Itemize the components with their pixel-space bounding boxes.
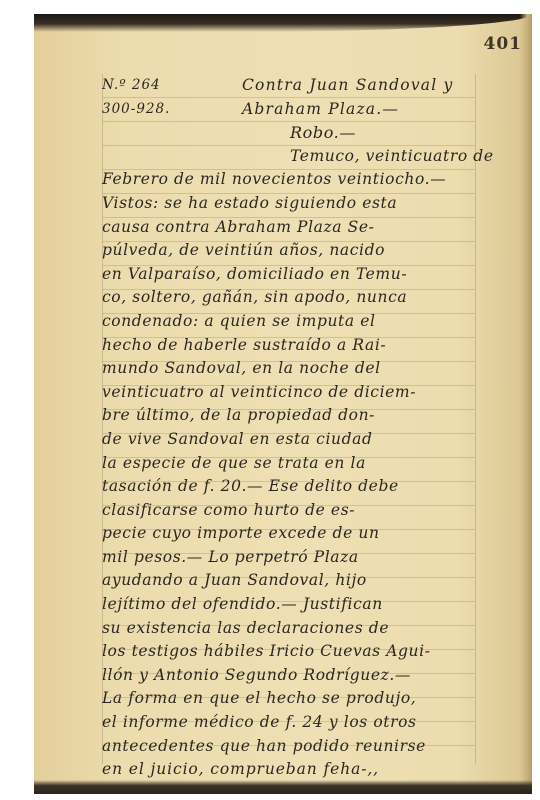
body-line: el informe médico de f. 24 y los otros <box>102 711 502 735</box>
body-line: La forma en que el hecho se produjo, <box>102 687 502 711</box>
header-row-1: N.º 264 Contra Juan Sandoval y <box>102 74 502 98</box>
body-line: mil pesos.— Lo perpetró Plaza <box>102 546 502 570</box>
binding-shadow-bottom <box>34 780 532 794</box>
body-line: lejítimo del ofendido.— Justifican <box>102 593 502 617</box>
reference-number: 300-928. <box>102 98 170 122</box>
page-number: 401 <box>484 34 523 54</box>
body-line: veinticuatro al veinticinco de diciem- <box>102 381 502 405</box>
binding-shadow-top <box>34 14 532 32</box>
header-row-2: 300-928. Abraham Plaza.— <box>102 98 502 122</box>
body-line: en Valparaíso, domiciliado en Temu- <box>102 263 502 287</box>
body-line: tasación de f. 20.— Ese delito debe <box>102 475 502 499</box>
body-line: llón y Antonio Segundo Rodríguez.— <box>102 664 502 688</box>
body-line: bre último, de la propiedad don- <box>102 404 502 428</box>
body-line: hecho de haberle sustraído a Rai- <box>102 334 502 358</box>
body-line: púlveda, de veintiún años, nacido <box>102 239 502 263</box>
page-edge-right <box>520 14 532 794</box>
body-line: la especie de que se trata en la <box>102 452 502 476</box>
body-line: los testigos hábiles Iricio Cuevas Agui- <box>102 640 502 664</box>
body-line: ayudando a Juan Sandoval, hijo <box>102 569 502 593</box>
body-line: antecedentes que han podido reunirse <box>102 735 502 759</box>
body-line: co, soltero, gañán, sin apodo, nunca <box>102 286 502 310</box>
body-line: Vistos: se ha estado siguiendo esta <box>102 192 502 216</box>
body-line: clasificarse como hurto de es- <box>102 499 502 523</box>
body-line: Temuco, veinticuatro de <box>102 145 502 169</box>
body-line: de vive Sandoval en esta ciudad <box>102 428 502 452</box>
body-line: causa contra Abraham Plaza Se- <box>102 216 502 240</box>
body-line: pecie cuyo importe excede de un <box>102 522 502 546</box>
case-number: N.º 264 <box>102 74 161 98</box>
case-title-line-2: Abraham Plaza.— <box>242 98 399 122</box>
body-line: mundo Sandoval, en la noche del <box>102 357 502 381</box>
body-line: en el juicio, comprueban feha-,, <box>102 758 502 782</box>
case-subject: Robo.— <box>102 121 502 145</box>
ledger-page-scan: 401 N.º 264 Contra Juan Sandoval y 300-9… <box>34 14 532 794</box>
body-line: condenado: a quien se imputa el <box>102 310 502 334</box>
body-line: su existencia las declaraciones de <box>102 617 502 641</box>
handwritten-text-block: N.º 264 Contra Juan Sandoval y 300-928. … <box>102 74 502 782</box>
body-line: Febrero de mil novecientos veintiocho.— <box>102 168 502 192</box>
case-title-line-1: Contra Juan Sandoval y <box>242 74 453 98</box>
